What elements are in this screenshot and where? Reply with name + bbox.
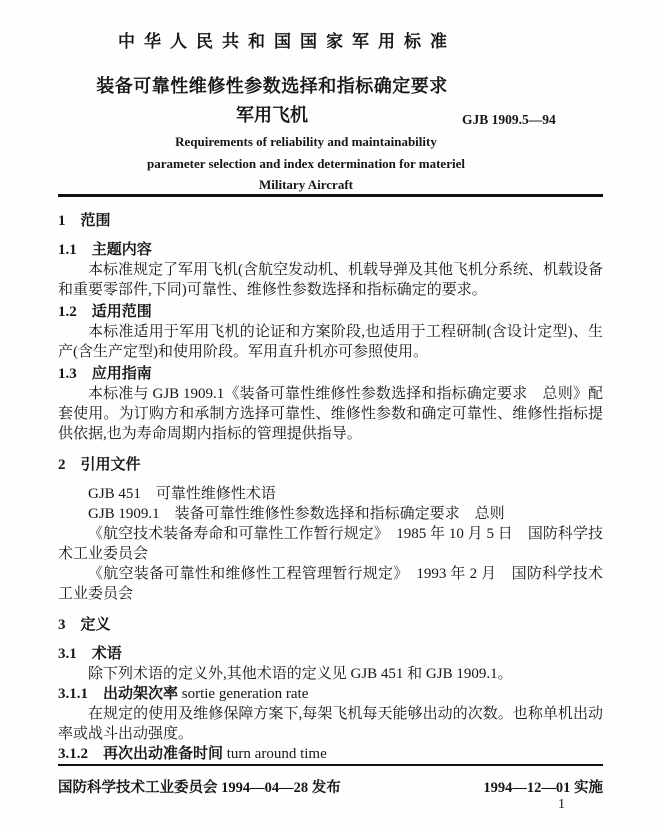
reference-item: GJB 451 可靠性维修性术语 — [58, 484, 603, 504]
term-name-zh: 3.1.1 出动架次率 — [58, 686, 182, 702]
reference-item: GJB 1909.1 装备可靠性维修性参数选择和指标确定要求 总则 — [58, 504, 603, 524]
term-name-zh: 3.1.2 再次出动准备时间 — [58, 746, 227, 762]
standard-label: 中华人民共和国国家军用标准 — [0, 27, 574, 52]
section-1-3-heading: 1.3 应用指南 — [58, 364, 603, 384]
implementation-date: 1994—12—01 实施 — [483, 776, 603, 797]
page-number: 1 — [558, 797, 565, 813]
header-rule — [58, 194, 603, 197]
term-name-en: turn around time — [227, 746, 327, 762]
release-info: 国防科学技术工业委员会 1994—04—28 发布 — [58, 776, 341, 797]
section-3-1-heading: 3.1 术语 — [58, 644, 603, 664]
document-title-en-line1: Requirements of reliability and maintain… — [0, 131, 612, 153]
section-3-1-paragraph: 除下列术语的定义外,其他术语的定义见 GJB 451 和 GJB 1909.1。 — [58, 664, 603, 684]
section-3-1-1-heading: 3.1.1 出动架次率 sortie generation rate — [58, 684, 603, 704]
section-1-2-heading: 1.2 适用范围 — [58, 302, 603, 322]
footer-rule — [58, 764, 603, 766]
document-body: 1 范围 1.1 主题内容 本标准规定了军用飞机(含航空发动机、机载导弹及其他飞… — [58, 211, 603, 764]
document-title-en-line2: parameter selection and index determinat… — [0, 153, 612, 175]
section-1-1-heading: 1.1 主题内容 — [58, 240, 603, 260]
document-title-en: Requirements of reliability and maintain… — [0, 131, 612, 196]
document-title-en-line3: Military Aircraft — [0, 174, 612, 196]
document-page: 中华人民共和国国家军用标准 装备可靠性维修性参数选择和指标确定要求 军用飞机 G… — [0, 0, 661, 830]
document-title-zh: 装备可靠性维修性参数选择和指标确定要求 — [0, 72, 544, 98]
section-3-1-2-heading: 3.1.2 再次出动准备时间 turn around time — [58, 744, 603, 764]
section-1-2-paragraph: 本标准适用于军用飞机的论证和方案阶段,也适用于工程研制(含设计定型)、生产(含生… — [58, 322, 603, 362]
term-name-en: sortie generation rate — [182, 686, 309, 702]
section-1-1-paragraph: 本标准规定了军用飞机(含航空发动机、机载导弹及其他飞机分系统、机载设备和重要零部… — [58, 260, 603, 300]
reference-item: 《航空技术装备寿命和可靠性工作暂行规定》 1985 年 10 月 5 日 国防科… — [58, 524, 603, 564]
reference-item: 《航空装备可靠性和维修性工程管理暂行规定》 1993 年 2 月 国防科学技术工… — [58, 564, 603, 604]
standard-code: GJB 1909.5—94 — [462, 112, 556, 128]
section-1-3-paragraph: 本标准与 GJB 1909.1《装备可靠性维修性参数选择和指标确定要求 总则》配… — [58, 384, 603, 444]
section-1-heading: 1 范围 — [58, 211, 603, 231]
section-2-heading: 2 引用文件 — [58, 455, 603, 475]
section-3-heading: 3 定义 — [58, 615, 603, 635]
section-3-1-1-paragraph: 在规定的使用及维修保障方案下,每架飞机每天能够出动的次数。也称单机出动率或战斗出… — [58, 704, 603, 744]
